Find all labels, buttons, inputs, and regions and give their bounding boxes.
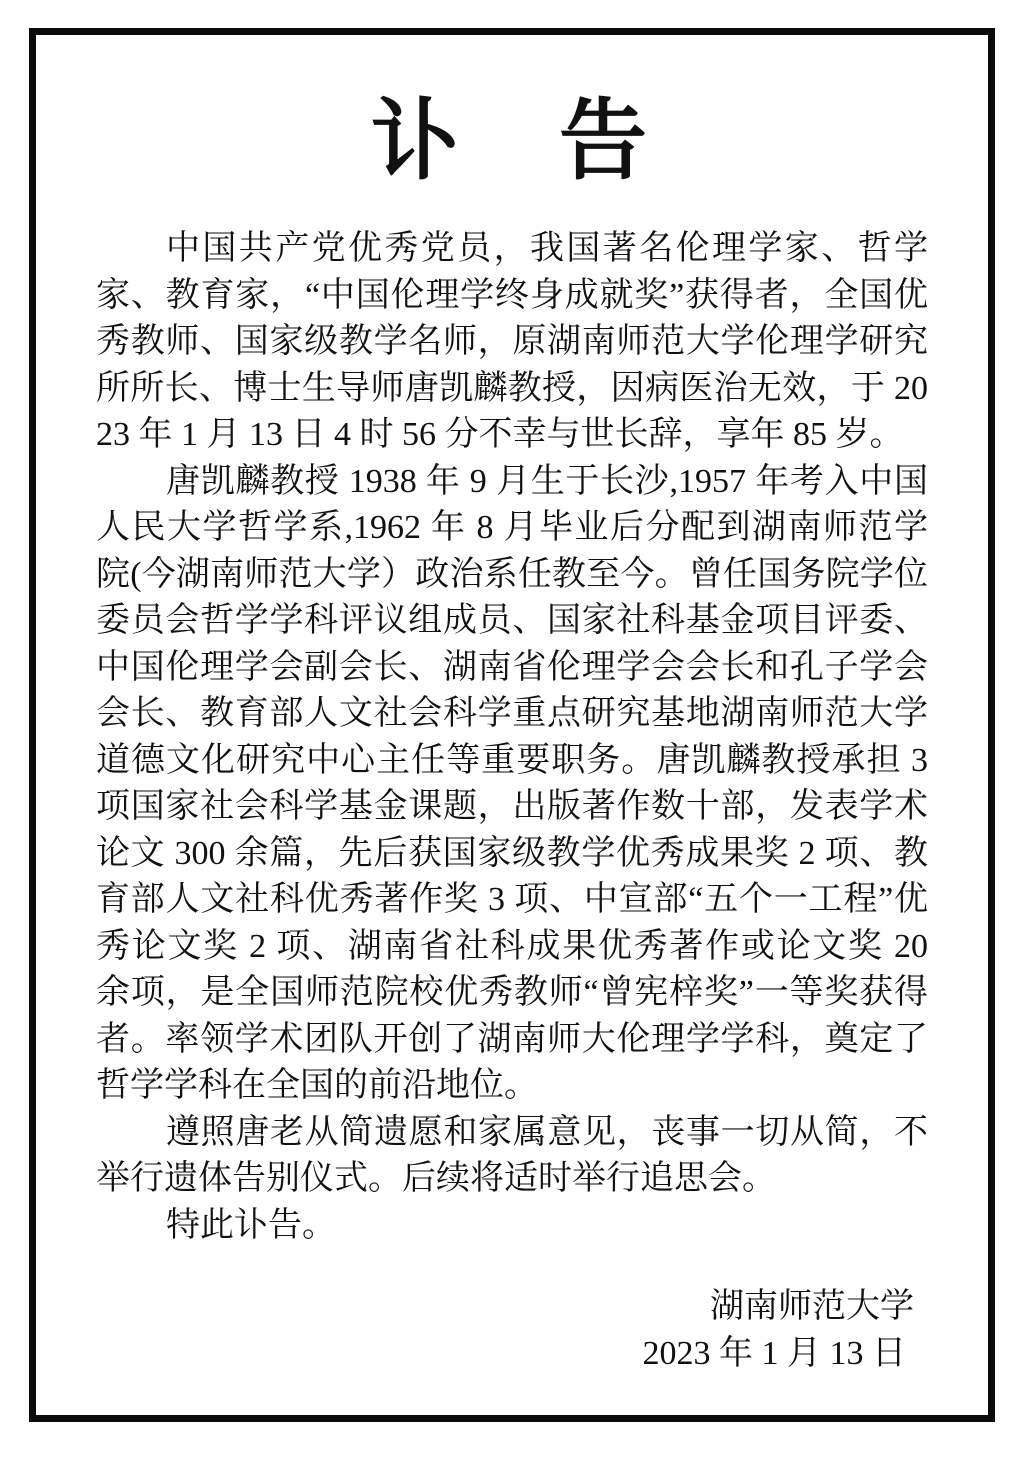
document-border-frame: 讣 告 中国共产党优秀党员，我国著名伦理学家、哲学家、教育家，“中国伦理学终身成… bbox=[29, 28, 995, 1422]
document-title: 讣 告 bbox=[96, 99, 928, 187]
signature-block: 湖南师范大学 2023 年 1 月 13 日 bbox=[96, 1284, 928, 1377]
paragraph-intro-deceased: 中国共产党优秀党员，我国著名伦理学家、哲学家、教育家，“中国伦理学终身成就奖”获… bbox=[96, 226, 928, 459]
signature-date: 2023 年 1 月 13 日 bbox=[96, 1331, 928, 1378]
paragraph-closing: 特此讣告。 bbox=[96, 1203, 928, 1250]
paragraph-funeral-arrangements: 遵照唐老从简遗愿和家属意见，丧事一切从简，不举行遗体告别仪式。后续将适时举行追思… bbox=[96, 1110, 928, 1203]
obituary-page: 讣 告 中国共产党优秀党员，我国著名伦理学家、哲学家、教育家，“中国伦理学终身成… bbox=[0, 0, 1024, 1448]
paragraph-biography: 唐凯麟教授 1938 年 9 月生于长沙,1957 年考入中国人民大学哲学系,1… bbox=[96, 459, 928, 1110]
signature-organization: 湖南师范大学 bbox=[96, 1284, 928, 1331]
document-content: 讣 告 中国共产党优秀党员，我国著名伦理学家、哲学家、教育家，“中国伦理学终身成… bbox=[36, 99, 988, 1479]
document-body: 中国共产党优秀党员，我国著名伦理学家、哲学家、教育家，“中国伦理学终身成就奖”获… bbox=[96, 226, 928, 1249]
